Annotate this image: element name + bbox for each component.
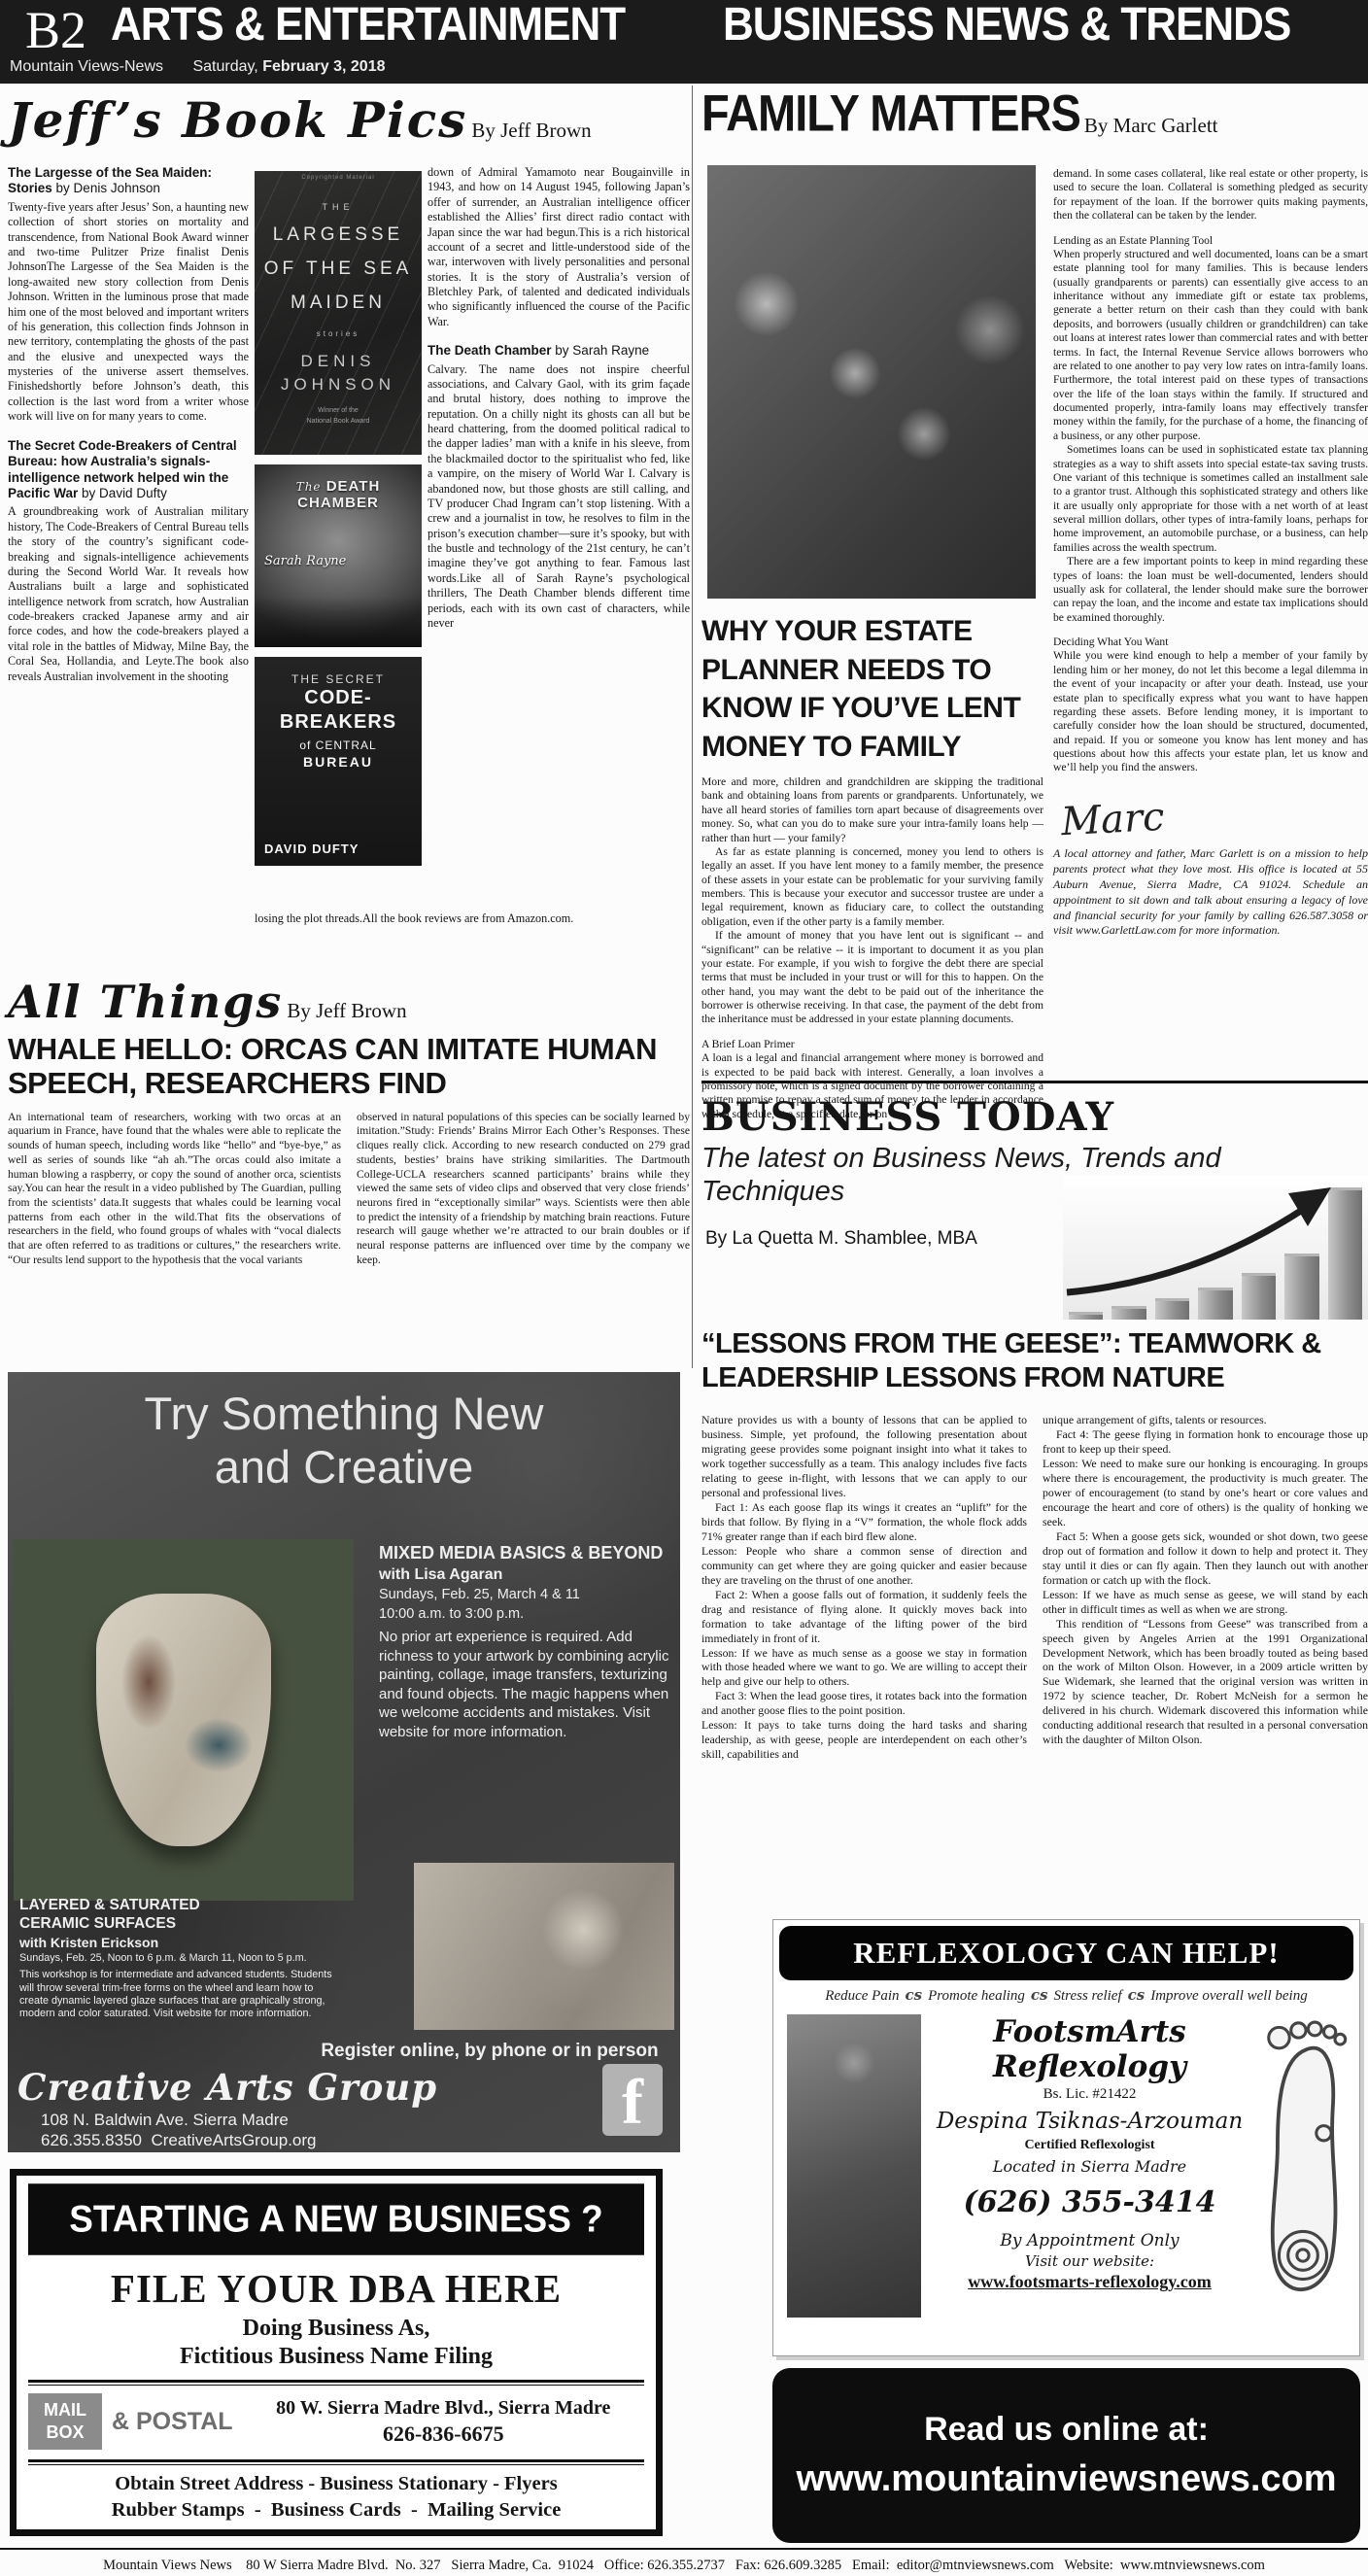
masthead: Mountain Views-News [10,58,163,75]
ornament-glyph: cs [1025,1986,1054,2004]
paragraph: demand. In some cases collateral, like r… [1053,167,1368,223]
paragraph: If the amount of money that you have len… [701,929,1043,1027]
paragraph: Lesson: If we have as much sense as a go… [701,1646,1027,1690]
subhead: Deciding What You Want [1053,635,1368,649]
subhead: A Brief Loan Primer [701,1038,1043,1051]
masthead-line: Mountain Views-News Saturday, February 3… [10,58,386,76]
family-matters-section: FAMILY MATTERS By Marc Garlett demand. I… [701,89,1368,1081]
class-listing-ceramic: LAYERED & SATURATED CERAMIC SURFACES wit… [19,1897,340,2020]
newspaper-page: B2 ARTS & ENTERTAINMENT BUSINESS NEWS & … [0,0,1368,2576]
book-title: The Largesse of the Sea Maiden: Stories … [8,165,249,197]
growth-chart-graphic [1063,1176,1368,1320]
paragraph: Fact 1: As each goose flap its wings it … [701,1500,1027,1544]
paragraph: Fact 5: When a goose gets sick, wounded … [1043,1529,1368,1588]
ornament-glyph: cs [1122,1986,1151,2004]
book-cover-death-chamber: The DEATH CHAMBER Sarah Rayne [255,464,422,647]
paragraph: As far as estate planning is concerned, … [701,845,1043,929]
section-title-arts: ARTS & ENTERTAINMENT [111,0,625,52]
read-online-url: www.mountainviewsnews.com [796,2458,1336,2500]
article-column: An international team of researchers, wo… [8,1111,341,1268]
dba-address: 80 W. Sierra Madre Blvd., Sierra Madre [243,2397,644,2420]
dba-address-block: 80 W. Sierra Madre Blvd., Sierra Madre 6… [243,2397,644,2447]
divider [28,2380,644,2386]
book-covers: Copyrighted Material THE LARGESSE OF THE… [255,171,422,866]
book-reviews-closing: losing the plot threads.All the book rev… [255,911,690,927]
brand-name: FootsmArts Reflexology [933,2014,1247,2084]
paragraph: Sometimes loans can be used in sophistic… [1053,443,1368,555]
dba-services: Rubber Stamps - Business Cards - Mailing… [28,2499,644,2522]
author-bio: A local attorney and father, Marc Garlet… [1053,846,1368,939]
divider [28,2459,644,2465]
dba-banner: STARTING A NEW BUSINESS ? [28,2183,644,2255]
license-number: Bs. Lic. #21422 [933,2086,1247,2103]
column-title: Jeff’s Book Pics [8,91,467,149]
book-pics-section: Jeff’s Book Pics By Jeff Brown The Large… [8,91,690,976]
article-column: More and more, children and grandchildre… [701,775,1043,1121]
article-column: observed in natural populations of this … [357,1111,690,1268]
paragraph: When properly structured and well docume… [1053,248,1368,443]
section-title-business: BUSINESS NEWS & TRENDS [723,0,1290,52]
column-byline: By Jeff Brown [471,119,591,142]
class-listing-mixed-media: MIXED MEDIA BASICS & BEYOND with Lisa Ag… [379,1543,670,1741]
postal-label: & POSTAL [112,2408,233,2436]
paragraph: Fact 2: When a goose falls out of format… [701,1588,1027,1646]
creative-arts-ad: Try Something New and Creative MIXED MED… [8,1372,680,2152]
section-heading: BUSINESS TODAY [701,1094,1368,1140]
article-column: Nature provides us with a bounty of less… [701,1413,1027,1762]
dba-services: Obtain Street Address - Business Station… [28,2473,644,2495]
reflexology-banner: REFLEXOLOGY CAN HELP! [779,1926,1353,1980]
book-review-body: down of Admiral Yamamoto near Bougainvil… [427,165,690,329]
paragraph: More and more, children and grandchildre… [701,775,1043,845]
mailbox-logo: MAIL BOX [28,2393,102,2450]
class-description: No prior art experience is required. Add… [379,1628,670,1741]
subhead: Lending as an Estate Planning Tool [1053,234,1368,248]
page-number: B2 [25,0,86,60]
book-title: The Secret Code-Breakers of Central Bure… [8,438,249,502]
practitioner-name: Despina Tsiknas-Arzouman [933,2109,1247,2134]
class-instructor: with Lisa Agaran [379,1566,670,1584]
org-name: Creative Arts Group [17,2066,437,2109]
foot-diagram-icon [1258,2014,1348,2318]
footer-credits: Mountain Views News 80 W Sierra Madre Bl… [0,2548,1368,2574]
read-online-banner: Read us online at: www.mountainviewsnews… [772,2368,1360,2543]
book-cover-code-breakers: THE SECRET CODE- BREAKERS of CENTRAL BUR… [255,657,422,866]
family-photo [707,165,1036,599]
book-title: The Death Chamber by Sarah Rayne [427,343,690,359]
facebook-icon: f [602,2064,663,2136]
paragraph: Lesson: If we have as much sense as gees… [1043,1588,1368,1617]
estate-headline: WHY YOUR ESTATE PLANNER NEEDS TO KNOW IF… [701,612,1043,766]
paragraph: While you were kind enough to help a mem… [1053,649,1368,774]
day: Saturday, [192,58,257,75]
column-divider [692,86,693,1368]
paragraph: This rendition of “Lessons from Geese” w… [1043,1617,1368,1748]
org-phone-web: 626.355.8350 CreativeArtsGroup.org [41,2131,317,2150]
class-instructor: with Kristen Erickson [19,1935,340,1950]
book-review-column-1: The Largesse of the Sea Maiden: Stories … [8,165,249,684]
cover-figures [255,597,422,647]
certification: Certified Reflexologist [933,2138,1247,2153]
paragraph: Lesson: We need to make sure our honking… [1043,1457,1368,1529]
section-byline: By La Quetta M. Shamblee, MBA [705,1228,977,1250]
ornament-glyph: cs [900,1986,929,2004]
article-column: unique arrangement of gifts, talents or … [1043,1413,1368,1762]
signature: Marc [1060,783,1368,847]
book-review-body: Twenty-five years after Jesus’ Son, a ha… [8,200,249,425]
location-line: Located in Sierra Madre [933,2157,1247,2176]
vase-shape [96,1594,271,1846]
phone-number: (626) 355-3414 [933,2185,1247,2219]
class-title: CERAMIC SURFACES [19,1915,340,1934]
read-online-label: Read us online at: [924,2411,1209,2449]
class-schedule: 10:00 a.m. to 3:00 p.m. [379,1605,670,1624]
reflexologist-photo [787,2014,921,2318]
section-divider [701,1081,1368,1083]
paragraph: Lesson: It pays to take turns doing the … [701,1718,1027,1762]
book-review-body: Calvary. The name does not inspire cheer… [427,362,690,632]
paragraph: There are a few important points to keep… [1053,555,1368,625]
visit-line: Visit our website: [933,2252,1247,2270]
benefits-line: Reduce PaincsPromote healingcsStress rel… [773,1986,1359,2005]
org-address: 108 N. Baldwin Ave. Sierra Madre [41,2111,289,2130]
column-byline: By Jeff Brown [287,999,406,1022]
dba-filing-ad: STARTING A NEW BUSINESS ? FILE YOUR DBA … [10,2169,663,2536]
dba-subline: Doing Business As, [28,2316,644,2342]
book-review-body: A groundbreaking work of Australian mili… [8,504,249,684]
geese-headline: “LESSONS FROM THE GEESE”: TEAMWORK & LEA… [701,1327,1368,1395]
dba-phone: 626-836-6675 [243,2421,644,2447]
paragraph: unique arrangement of gifts, talents or … [1043,1413,1368,1427]
paragraph: Fact 4: The geese flying in formation ho… [1043,1427,1368,1457]
paragraph: Nature provides us with a bounty of less… [701,1413,1027,1500]
class-schedule: Sundays, Feb. 25, Noon to 6 p.m. & March… [19,1952,340,1965]
column-title: All Things [8,976,283,1028]
paragraph: Fact 3: When the lead goose tires, it ro… [701,1689,1027,1718]
register-line: Register online, by phone or in person [299,2041,680,2062]
ad-title: Try Something New and Creative [8,1388,680,1494]
class-description: This workshop is for intermediate and ad… [19,1969,340,2020]
article-column: demand. In some cases collateral, like r… [1053,167,1368,939]
pottery-photo [14,1539,354,1901]
section-heading: FAMILY MATTERS [701,83,1080,143]
reflexology-ad: REFLEXOLOGY CAN HELP! Reduce PaincsPromo… [772,1919,1360,2356]
paragraph: Lesson: People who share a common sense … [701,1544,1027,1588]
all-things-section: All Things By Jeff Brown WHALE HELLO: OR… [8,976,690,1268]
whale-headline: WHALE HELLO: ORCAS CAN IMITATE HUMAN SPE… [8,1032,690,1101]
artwork-photo [414,1863,674,2030]
growth-arrow-icon [1063,1176,1368,1320]
class-title: LAYERED & SATURATED [19,1897,340,1915]
class-title: MIXED MEDIA BASICS & BEYOND [379,1543,670,1564]
business-today-section: BUSINESS TODAY The latest on Business Ne… [701,1094,1368,1786]
website-url: www.footsmarts-reflexology.com [933,2272,1247,2292]
dba-headline: FILE YOUR DBA HERE [28,2265,644,2312]
dba-subline: Fictitious Business Name Filing [28,2344,644,2370]
date: February 3, 2018 [262,58,385,75]
class-schedule: Sundays, Feb. 25, March 4 & 11 [379,1586,670,1604]
appointment-line: By Appointment Only [933,2231,1247,2250]
header-bar: B2 ARTS & ENTERTAINMENT BUSINESS NEWS & … [0,0,1368,84]
book-review-column-2: down of Admiral Yamamoto near Bougainvil… [427,165,690,631]
section-byline: By Marc Garlett [1084,114,1218,137]
book-cover-largesse: Copyrighted Material THE LARGESSE OF THE… [255,171,422,455]
